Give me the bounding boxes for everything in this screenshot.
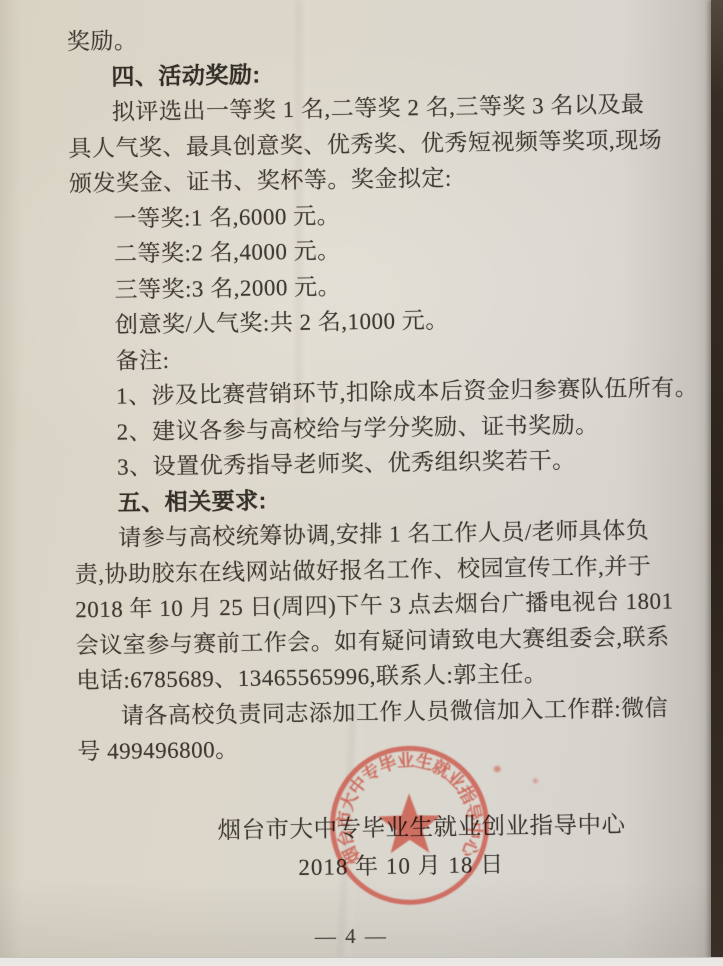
photo-right-dark-edge [711, 0, 723, 960]
photo-bottom-edge [0, 957, 723, 966]
official-seal: 烟台市大中专毕业生就业指导中心 [320, 736, 499, 915]
seal-ink-splatter-dot [494, 766, 501, 772]
document-lines: 奖励。四、活动奖励:拟评选出一等奖 1 名,二等奖 2 名,三等奖 3 名以及最… [0, 0, 723, 771]
page-number: — 4 — [0, 921, 713, 951]
scanned-document-photo: 奖励。四、活动奖励:拟评选出一等奖 1 名,二等奖 2 名,三等奖 3 名以及最… [0, 0, 723, 966]
seal-star-icon [378, 793, 442, 854]
seal-ink-splatter-dot [533, 778, 538, 783]
document-content: 奖励。四、活动奖励:拟评选出一等奖 1 名,二等奖 2 名,三等奖 3 名以及最… [0, 0, 723, 966]
